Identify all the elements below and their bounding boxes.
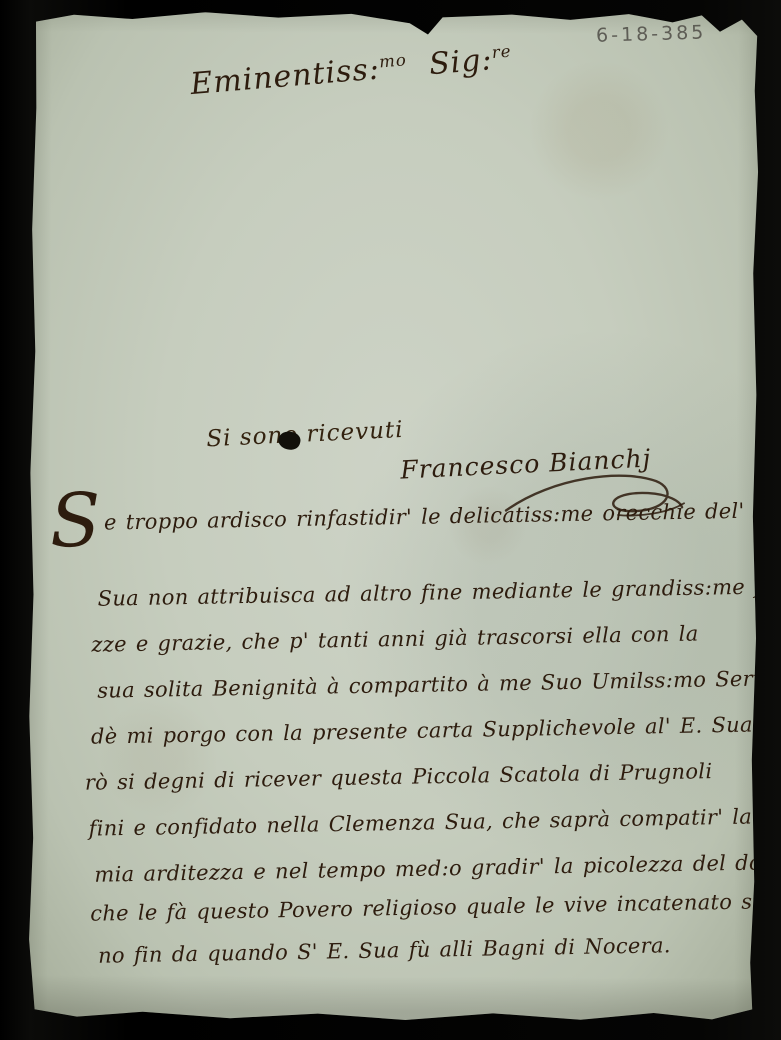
body-line: mia arditezza e nel tempo med:o gradir' …	[94, 850, 781, 887]
body-line: sua solita Benignità à compartito à me S…	[97, 665, 781, 702]
body-line: Se troppo ardisco rinfastidir' le delica…	[50, 492, 781, 536]
body-line: fini e confidato nella Clemenza Sua, che…	[88, 805, 752, 841]
body-line: rò si degni di ricever questa Piccola Sc…	[85, 759, 713, 794]
scan-background: 6-18-385 Eminentiss:moSig:re Si sono ric…	[0, 0, 781, 1040]
body-line: Sua non attribuisca ad altro fine median…	[97, 574, 781, 611]
letter-body: Se troppo ardisco rinfastidir' le delica…	[26, 6, 760, 1023]
letter-page: 6-18-385 Eminentiss:moSig:re Si sono ric…	[26, 6, 760, 1023]
body-line: zze e grazie, che p' tanti anni già tras…	[91, 622, 699, 657]
body-line: che le fà questo Povero religioso quale …	[90, 889, 773, 926]
body-line: dè mi porgo con la presente carta Suppli…	[91, 712, 781, 749]
body-line: no fin da quando S' E. Sua fù alli Bagni…	[98, 933, 671, 967]
